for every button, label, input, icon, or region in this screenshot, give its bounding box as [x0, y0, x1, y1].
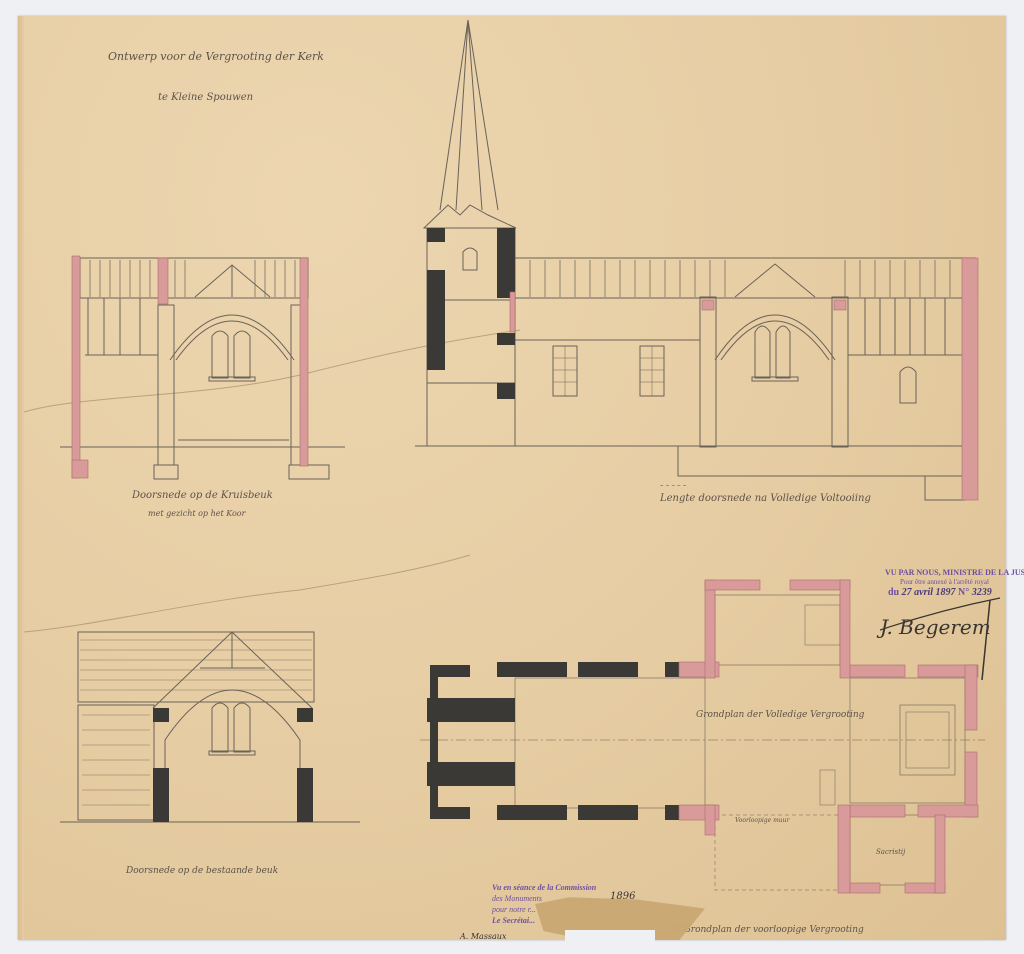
stamp-ministry-line1: VU PAR NOUS, MINISTRE DE LA JUSTICE	[885, 568, 1024, 577]
note-temporary-wall: Voorloopige muur	[735, 817, 789, 824]
title-line-2: te Kleine Spouwen	[158, 92, 253, 103]
stamp-date-prefix: du	[888, 587, 899, 598]
stamp-number: 3239	[972, 587, 992, 598]
stamp-ministry-date-row: du 27 avril 1897 N° 3239	[888, 587, 992, 598]
tower-black-walls	[427, 228, 515, 399]
title-line-1: Ontwerp voor de Vergrooting der Kerk	[108, 50, 324, 63]
caption-longitudinal-section: Lengte doorsnede na Volledige Voltooiing	[660, 493, 871, 504]
stamp-commission-line3: pour notre r...	[492, 905, 536, 914]
ground-plan	[420, 595, 985, 890]
longitudinal-pink-walls	[510, 258, 978, 500]
label-sacristy: Sacristij	[876, 848, 905, 856]
stamp-number-prefix: N°	[958, 587, 969, 598]
caption-existing-nave: Doorsnede op de bestaande beuk	[126, 866, 278, 876]
caption-ground-plan-full: Grondplan der Volledige Vergrooting	[696, 710, 864, 720]
minister-signature: J. Begerem	[880, 615, 991, 639]
commission-signature: A. Massaux	[460, 932, 506, 941]
transept-pink-walls	[72, 256, 308, 478]
stamp-ministry-line2: Pour être annexé à l'arrêté royal	[900, 578, 989, 586]
plan-black-walls	[427, 662, 679, 820]
paper-tear	[565, 930, 655, 954]
caption-transept-section: Doorsnede op de Kruisbeuk	[132, 490, 273, 501]
architectural-drawings	[0, 0, 1024, 954]
caption-transept-subtitle: met gezicht op het Koor	[148, 509, 245, 518]
stamp-commission-line4: Le Secrétai...	[492, 916, 535, 925]
stamp-commission-line2: des Monuments	[492, 894, 542, 903]
stamp-commission-line1: Vu en séance de la Commission	[492, 883, 596, 892]
existing-nave-section	[60, 632, 360, 822]
stamp-commission-year: 1896	[610, 891, 635, 902]
scale-note: – – – – –	[660, 481, 686, 489]
stamp-date: 27 avril 1897	[902, 587, 956, 598]
caption-ground-plan-temporary: ½ Grondplan der voorloopige Vergrooting	[672, 925, 864, 935]
